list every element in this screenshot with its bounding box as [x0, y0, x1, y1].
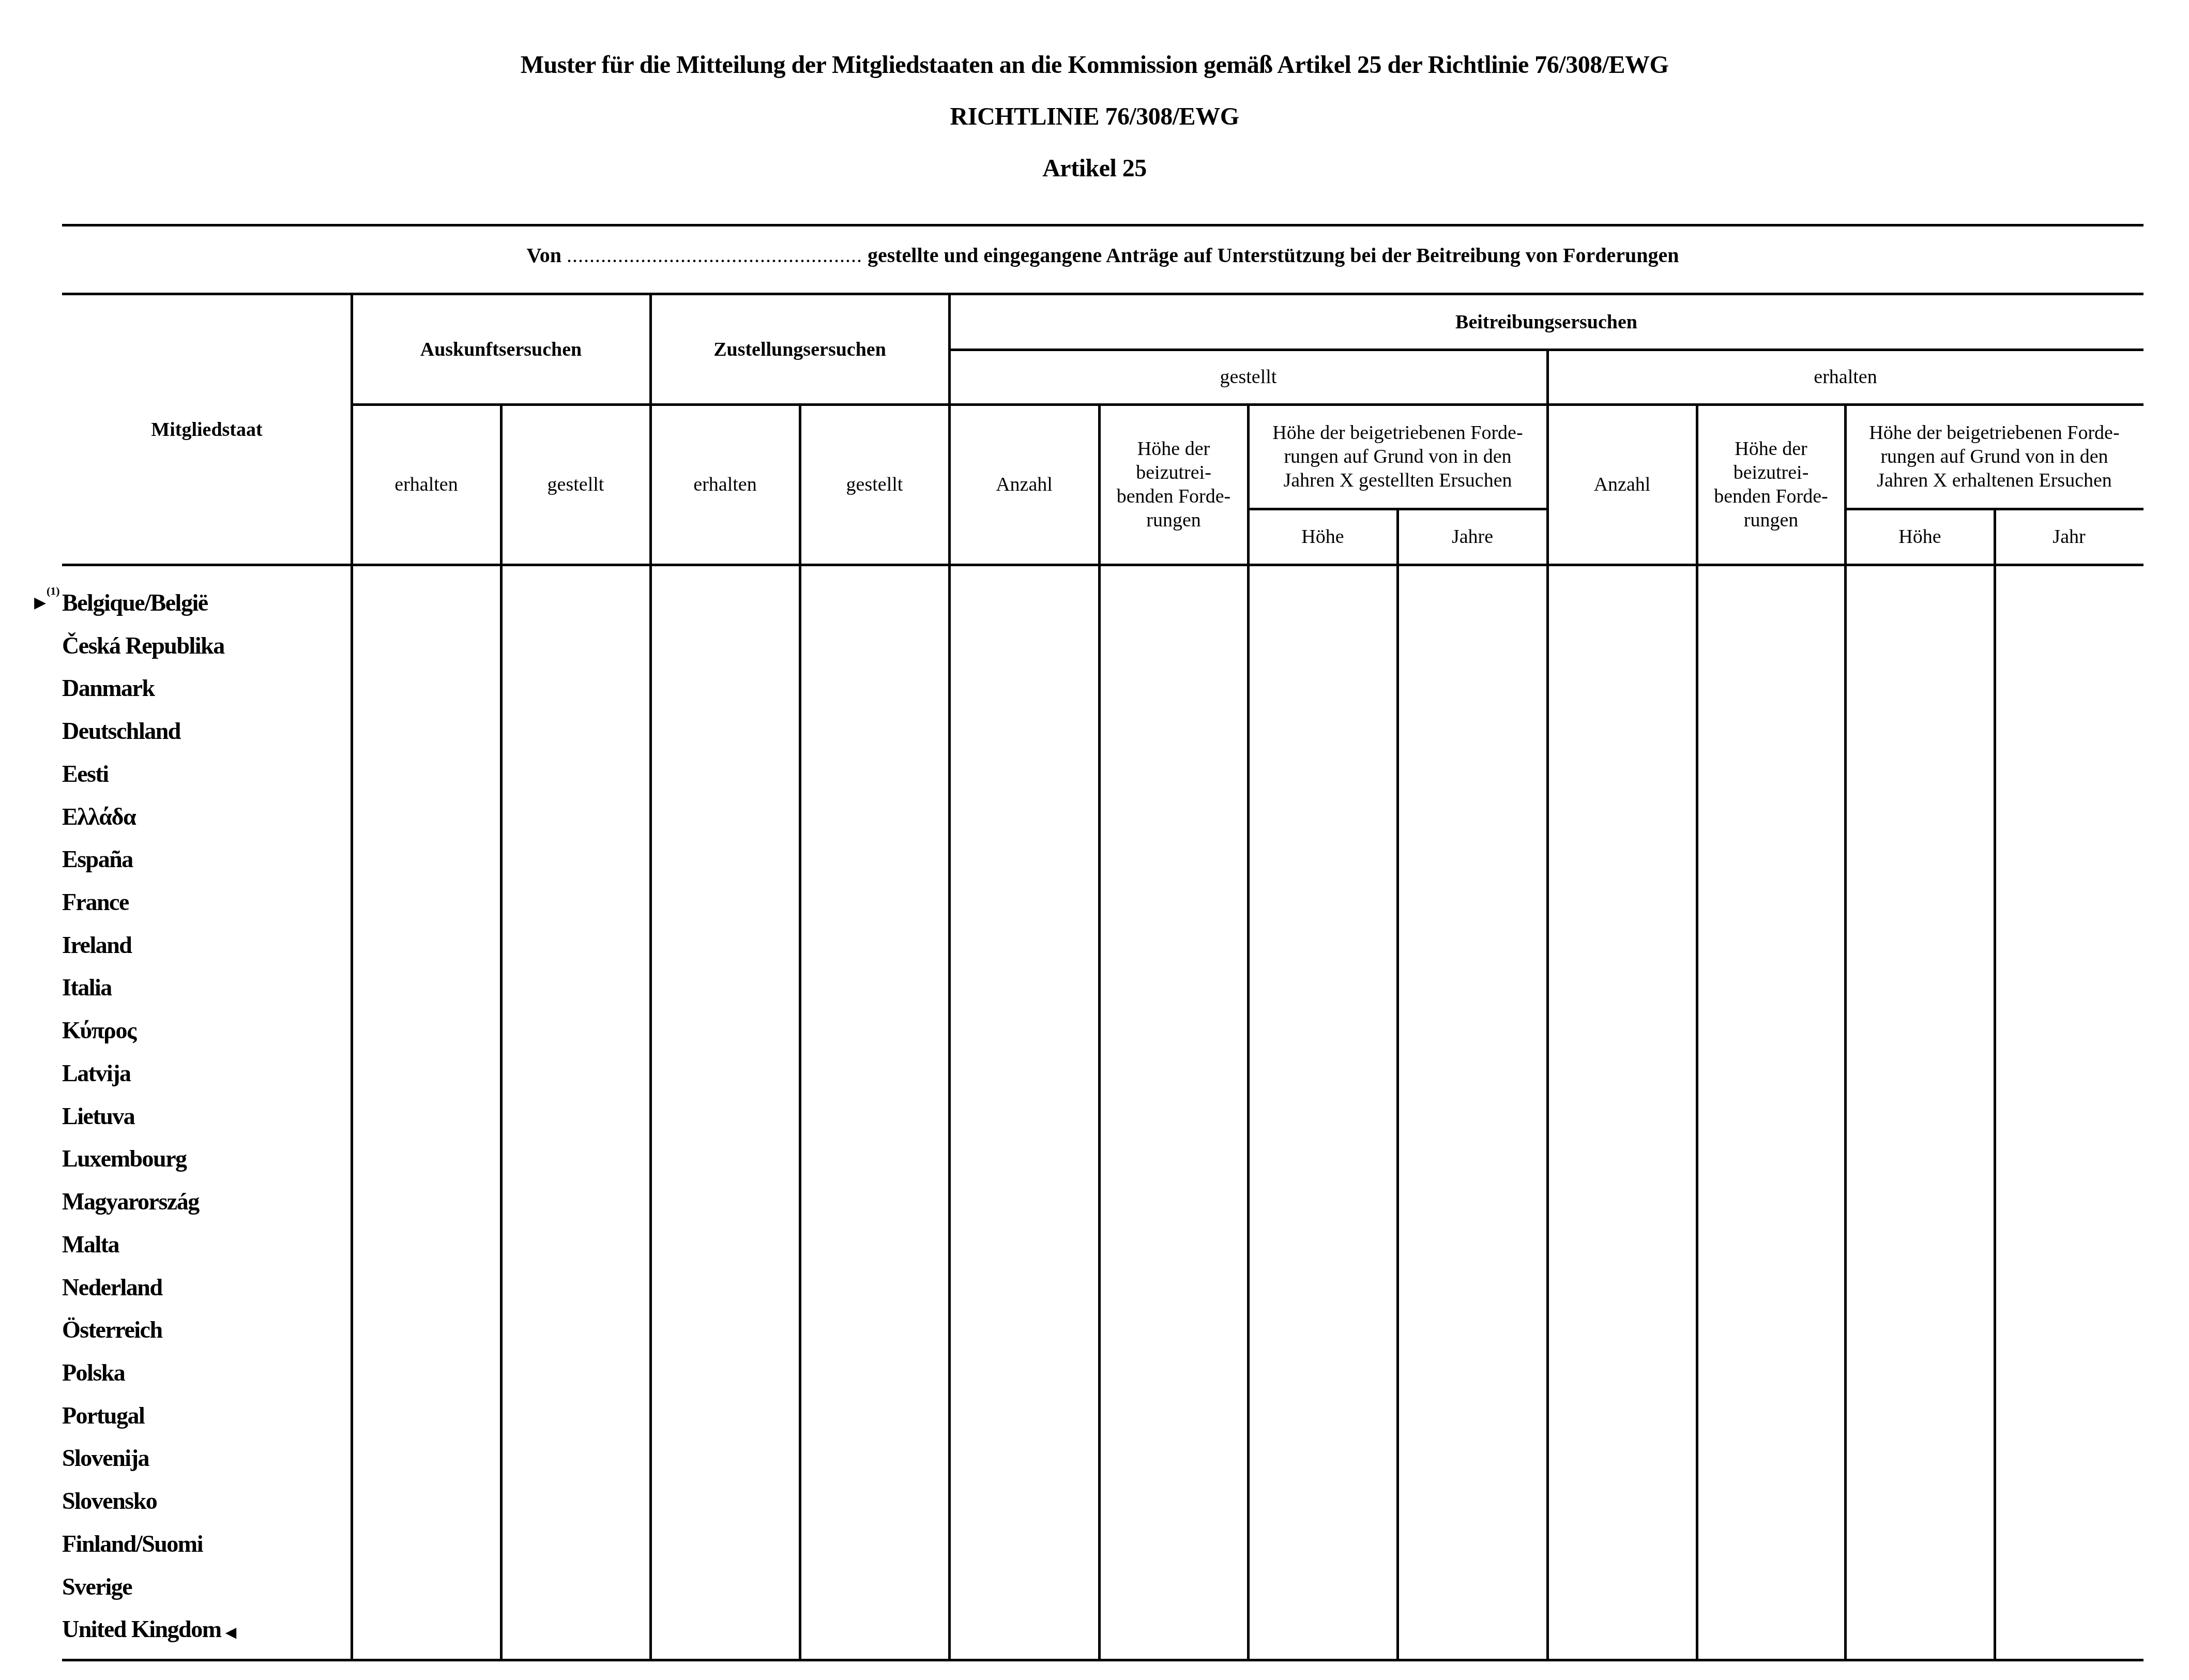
table-cell-entry[interactable]	[503, 667, 649, 710]
table-cell-entry[interactable]	[1101, 625, 1246, 668]
table-cell-entry[interactable]	[1847, 1138, 1993, 1180]
table-cell-entry[interactable]	[503, 1395, 649, 1437]
table-cell-entry[interactable]	[1549, 753, 1695, 796]
table-cell-entry[interactable]	[652, 966, 798, 1009]
table-cell-entry[interactable]	[951, 1395, 1098, 1437]
table-cell-entry[interactable]	[951, 1352, 1098, 1395]
table-cell-entry[interactable]	[1996, 1052, 2142, 1095]
table-cell-entry[interactable]	[1399, 710, 1546, 753]
table-cell-entry[interactable]	[1996, 1608, 2142, 1651]
table-cell-entry[interactable]	[1399, 1437, 1546, 1480]
table-cell-entry[interactable]	[1698, 1608, 1844, 1651]
table-cell-entry[interactable]	[652, 1309, 798, 1352]
table-cell-entry[interactable]	[1250, 1352, 1396, 1395]
table-cell-entry[interactable]	[1399, 1523, 1546, 1566]
table-cell-entry[interactable]	[1399, 1180, 1546, 1223]
table-cell-entry[interactable]	[353, 1395, 499, 1437]
table-cell-entry[interactable]	[801, 1052, 948, 1095]
table-cell-entry[interactable]	[951, 1223, 1098, 1266]
table-cell-entry[interactable]	[652, 710, 798, 753]
table-cell-entry[interactable]	[1698, 924, 1844, 967]
table-cell-entry[interactable]	[1250, 1395, 1396, 1437]
table-cell-entry[interactable]	[503, 1266, 649, 1309]
table-cell-entry[interactable]	[1101, 1266, 1246, 1309]
table-cell-entry[interactable]	[951, 582, 1098, 625]
table-cell-entry[interactable]	[1101, 838, 1246, 881]
table-cell-entry[interactable]	[652, 881, 798, 924]
table-cell-entry[interactable]	[1698, 753, 1844, 796]
table-cell-entry[interactable]	[1847, 1480, 1993, 1523]
table-cell-entry[interactable]	[1698, 838, 1844, 881]
table-cell-entry[interactable]	[1698, 625, 1844, 668]
table-cell-entry[interactable]	[1399, 881, 1546, 924]
table-cell-entry[interactable]	[1250, 1223, 1396, 1266]
table-cell-entry[interactable]	[1250, 1523, 1396, 1566]
table-cell-entry[interactable]	[353, 1180, 499, 1223]
table-cell-entry[interactable]	[353, 1437, 499, 1480]
table-cell-entry[interactable]	[801, 667, 948, 710]
table-cell-entry[interactable]	[1996, 1352, 2142, 1395]
table-cell-entry[interactable]	[353, 1352, 499, 1395]
table-cell-entry[interactable]	[353, 966, 499, 1009]
table-cell-entry[interactable]	[1996, 796, 2142, 839]
table-cell-entry[interactable]	[1549, 881, 1695, 924]
table-cell-entry[interactable]	[1996, 924, 2142, 967]
table-cell-entry[interactable]	[1698, 1395, 1844, 1437]
table-cell-entry[interactable]	[1250, 1266, 1396, 1309]
table-cell-entry[interactable]	[1101, 1009, 1246, 1052]
table-cell-entry[interactable]	[652, 838, 798, 881]
table-cell-entry[interactable]	[1698, 1309, 1844, 1352]
table-cell-entry[interactable]	[1996, 1480, 2142, 1523]
table-cell-entry[interactable]	[1698, 667, 1844, 710]
table-cell-entry[interactable]	[652, 1009, 798, 1052]
table-cell-entry[interactable]	[503, 838, 649, 881]
table-cell-entry[interactable]	[1250, 796, 1396, 839]
table-cell-entry[interactable]	[1549, 1266, 1695, 1309]
table-cell-entry[interactable]	[652, 582, 798, 625]
table-cell-entry[interactable]	[1698, 582, 1844, 625]
table-cell-entry[interactable]	[1996, 582, 2142, 625]
table-cell-entry[interactable]	[801, 1480, 948, 1523]
table-cell-entry[interactable]	[801, 1138, 948, 1180]
table-cell-entry[interactable]	[503, 753, 649, 796]
table-cell-entry[interactable]	[1847, 582, 1993, 625]
table-cell-entry[interactable]	[801, 1223, 948, 1266]
table-cell-entry[interactable]	[1250, 1009, 1396, 1052]
table-cell-entry[interactable]	[951, 1138, 1098, 1180]
table-cell-entry[interactable]	[1250, 924, 1396, 967]
table-cell-entry[interactable]	[1399, 1480, 1546, 1523]
table-cell-entry[interactable]	[1549, 1480, 1695, 1523]
table-cell-entry[interactable]	[1399, 753, 1546, 796]
table-cell-entry[interactable]	[1399, 796, 1546, 839]
table-cell-entry[interactable]	[1101, 924, 1246, 967]
table-cell-entry[interactable]	[1549, 796, 1695, 839]
table-cell-entry[interactable]	[1698, 1566, 1844, 1609]
table-cell-entry[interactable]	[1250, 753, 1396, 796]
table-cell-entry[interactable]	[1698, 1352, 1844, 1395]
table-cell-entry[interactable]	[1996, 1266, 2142, 1309]
table-cell-entry[interactable]	[1996, 966, 2142, 1009]
table-cell-entry[interactable]	[1847, 753, 1993, 796]
table-cell-entry[interactable]	[1101, 1566, 1246, 1609]
table-cell-entry[interactable]	[353, 838, 499, 881]
table-cell-entry[interactable]	[503, 1608, 649, 1651]
table-cell-entry[interactable]	[1250, 582, 1396, 625]
table-cell-entry[interactable]	[951, 1608, 1098, 1651]
table-cell-entry[interactable]	[652, 1608, 798, 1651]
table-cell-entry[interactable]	[1549, 1180, 1695, 1223]
table-cell-entry[interactable]	[652, 1566, 798, 1609]
table-cell-entry[interactable]	[1101, 753, 1246, 796]
table-cell-entry[interactable]	[1549, 1566, 1695, 1609]
table-cell-entry[interactable]	[951, 1052, 1098, 1095]
table-cell-entry[interactable]	[503, 1138, 649, 1180]
table-cell-entry[interactable]	[1399, 582, 1546, 625]
table-cell-entry[interactable]	[1847, 1009, 1993, 1052]
table-cell-entry[interactable]	[1549, 582, 1695, 625]
table-cell-entry[interactable]	[1101, 1138, 1246, 1180]
table-cell-entry[interactable]	[503, 625, 649, 668]
table-cell-entry[interactable]	[801, 796, 948, 839]
table-cell-entry[interactable]	[652, 753, 798, 796]
table-cell-entry[interactable]	[1847, 838, 1993, 881]
table-cell-entry[interactable]	[1250, 1138, 1396, 1180]
table-cell-entry[interactable]	[1698, 966, 1844, 1009]
table-cell-entry[interactable]	[1549, 1138, 1695, 1180]
table-cell-entry[interactable]	[1101, 1095, 1246, 1138]
table-cell-entry[interactable]	[503, 1352, 649, 1395]
table-cell-entry[interactable]	[1698, 1052, 1844, 1095]
table-cell-entry[interactable]	[1996, 1395, 2142, 1437]
table-cell-entry[interactable]	[801, 881, 948, 924]
table-cell-entry[interactable]	[652, 1480, 798, 1523]
table-cell-entry[interactable]	[1250, 1309, 1396, 1352]
table-cell-entry[interactable]	[503, 966, 649, 1009]
table-cell-entry[interactable]	[1698, 1266, 1844, 1309]
table-cell-entry[interactable]	[1847, 1266, 1993, 1309]
table-cell-entry[interactable]	[1101, 582, 1246, 625]
table-cell-entry[interactable]	[1101, 710, 1246, 753]
table-cell-entry[interactable]	[503, 1480, 649, 1523]
table-cell-entry[interactable]	[951, 667, 1098, 710]
table-cell-entry[interactable]	[1698, 1009, 1844, 1052]
table-cell-entry[interactable]	[1847, 1309, 1993, 1352]
table-cell-entry[interactable]	[951, 966, 1098, 1009]
table-cell-entry[interactable]	[1847, 1437, 1993, 1480]
subtitle-fill-in-field[interactable]: ........................................…	[567, 244, 862, 267]
table-cell-entry[interactable]	[1996, 667, 2142, 710]
table-cell-entry[interactable]	[652, 1395, 798, 1437]
table-cell-entry[interactable]	[353, 753, 499, 796]
table-cell-entry[interactable]	[1101, 1437, 1246, 1480]
table-cell-entry[interactable]	[503, 582, 649, 625]
table-cell-entry[interactable]	[353, 881, 499, 924]
table-cell-entry[interactable]	[353, 1523, 499, 1566]
table-cell-entry[interactable]	[353, 1223, 499, 1266]
table-cell-entry[interactable]	[652, 924, 798, 967]
table-cell-entry[interactable]	[353, 1009, 499, 1052]
table-cell-entry[interactable]	[1399, 838, 1546, 881]
table-cell-entry[interactable]	[1996, 1095, 2142, 1138]
table-cell-entry[interactable]	[1847, 1180, 1993, 1223]
table-cell-entry[interactable]	[1847, 1052, 1993, 1095]
table-cell-entry[interactable]	[1698, 796, 1844, 839]
table-cell-entry[interactable]	[1250, 1095, 1396, 1138]
table-cell-entry[interactable]	[1101, 1523, 1246, 1566]
table-cell-entry[interactable]	[1996, 1566, 2142, 1609]
table-cell-entry[interactable]	[1847, 1223, 1993, 1266]
table-cell-entry[interactable]	[652, 625, 798, 668]
table-cell-entry[interactable]	[1399, 1395, 1546, 1437]
table-cell-entry[interactable]	[951, 753, 1098, 796]
table-cell-entry[interactable]	[1996, 1009, 2142, 1052]
table-cell-entry[interactable]	[1549, 966, 1695, 1009]
table-cell-entry[interactable]	[503, 1009, 649, 1052]
table-cell-entry[interactable]	[652, 1095, 798, 1138]
table-cell-entry[interactable]	[1847, 1523, 1993, 1566]
table-cell-entry[interactable]	[801, 582, 948, 625]
table-cell-entry[interactable]	[652, 1138, 798, 1180]
table-cell-entry[interactable]	[503, 710, 649, 753]
table-cell-entry[interactable]	[1549, 1095, 1695, 1138]
table-cell-entry[interactable]	[652, 1223, 798, 1266]
table-cell-entry[interactable]	[951, 881, 1098, 924]
table-cell-entry[interactable]	[1101, 1608, 1246, 1651]
table-cell-entry[interactable]	[801, 966, 948, 1009]
table-cell-entry[interactable]	[1847, 667, 1993, 710]
table-cell-entry[interactable]	[1549, 924, 1695, 967]
table-cell-entry[interactable]	[503, 924, 649, 967]
table-cell-entry[interactable]	[1996, 881, 2142, 924]
table-cell-entry[interactable]	[1101, 667, 1246, 710]
table-cell-entry[interactable]	[1549, 1437, 1695, 1480]
table-cell-entry[interactable]	[503, 881, 649, 924]
table-cell-entry[interactable]	[353, 1309, 499, 1352]
table-cell-entry[interactable]	[1399, 1009, 1546, 1052]
table-cell-entry[interactable]	[951, 1309, 1098, 1352]
table-cell-entry[interactable]	[1399, 1309, 1546, 1352]
table-cell-entry[interactable]	[353, 796, 499, 839]
table-cell-entry[interactable]	[353, 924, 499, 967]
table-cell-entry[interactable]	[1698, 710, 1844, 753]
table-cell-entry[interactable]	[801, 1266, 948, 1309]
table-cell-entry[interactable]	[1996, 1437, 2142, 1480]
table-cell-entry[interactable]	[1399, 1138, 1546, 1180]
table-cell-entry[interactable]	[1698, 1437, 1844, 1480]
table-cell-entry[interactable]	[1847, 1095, 1993, 1138]
table-cell-entry[interactable]	[801, 710, 948, 753]
table-cell-entry[interactable]	[1996, 1523, 2142, 1566]
table-cell-entry[interactable]	[1996, 1223, 2142, 1266]
table-cell-entry[interactable]	[1847, 710, 1993, 753]
table-cell-entry[interactable]	[353, 1138, 499, 1180]
table-cell-entry[interactable]	[353, 1095, 499, 1138]
table-cell-entry[interactable]	[801, 1180, 948, 1223]
table-cell-entry[interactable]	[1549, 1052, 1695, 1095]
table-cell-entry[interactable]	[951, 1095, 1098, 1138]
table-cell-entry[interactable]	[353, 1480, 499, 1523]
table-cell-entry[interactable]	[801, 924, 948, 967]
table-cell-entry[interactable]	[503, 1309, 649, 1352]
table-cell-entry[interactable]	[801, 753, 948, 796]
table-cell-entry[interactable]	[1101, 1309, 1246, 1352]
table-cell-entry[interactable]	[652, 796, 798, 839]
table-cell-entry[interactable]	[1847, 924, 1993, 967]
table-cell-entry[interactable]	[801, 1523, 948, 1566]
table-cell-entry[interactable]	[1101, 1480, 1246, 1523]
table-cell-entry[interactable]	[353, 667, 499, 710]
table-cell-entry[interactable]	[1250, 838, 1396, 881]
table-cell-entry[interactable]	[353, 625, 499, 668]
table-cell-entry[interactable]	[1549, 625, 1695, 668]
table-cell-entry[interactable]	[1399, 1608, 1546, 1651]
table-cell-entry[interactable]	[503, 1523, 649, 1566]
table-cell-entry[interactable]	[1549, 838, 1695, 881]
table-cell-entry[interactable]	[1101, 966, 1246, 1009]
table-cell-entry[interactable]	[801, 625, 948, 668]
table-cell-entry[interactable]	[1996, 1138, 2142, 1180]
table-cell-entry[interactable]	[503, 1566, 649, 1609]
table-cell-entry[interactable]	[1399, 625, 1546, 668]
table-cell-entry[interactable]	[1549, 667, 1695, 710]
table-cell-entry[interactable]	[1101, 1052, 1246, 1095]
table-cell-entry[interactable]	[801, 1095, 948, 1138]
table-cell-entry[interactable]	[1250, 710, 1396, 753]
table-cell-entry[interactable]	[1399, 1266, 1546, 1309]
table-cell-entry[interactable]	[353, 582, 499, 625]
table-cell-entry[interactable]	[1250, 966, 1396, 1009]
table-cell-entry[interactable]	[1250, 667, 1396, 710]
table-cell-entry[interactable]	[1847, 1352, 1993, 1395]
table-cell-entry[interactable]	[353, 710, 499, 753]
table-cell-entry[interactable]	[1549, 1395, 1695, 1437]
table-cell-entry[interactable]	[353, 1052, 499, 1095]
table-cell-entry[interactable]	[1698, 1480, 1844, 1523]
table-cell-entry[interactable]	[1250, 1608, 1396, 1651]
table-cell-entry[interactable]	[1549, 1009, 1695, 1052]
table-cell-entry[interactable]	[1847, 1566, 1993, 1609]
table-cell-entry[interactable]	[951, 1180, 1098, 1223]
table-cell-entry[interactable]	[1250, 625, 1396, 668]
table-cell-entry[interactable]	[1698, 1523, 1844, 1566]
table-cell-entry[interactable]	[1996, 753, 2142, 796]
table-cell-entry[interactable]	[652, 1352, 798, 1395]
table-cell-entry[interactable]	[1698, 1095, 1844, 1138]
table-cell-entry[interactable]	[652, 1052, 798, 1095]
table-cell-entry[interactable]	[1996, 1309, 2142, 1352]
table-cell-entry[interactable]	[1847, 881, 1993, 924]
table-cell-entry[interactable]	[1698, 1180, 1844, 1223]
table-cell-entry[interactable]	[1549, 1223, 1695, 1266]
table-cell-entry[interactable]	[1399, 1223, 1546, 1266]
table-cell-entry[interactable]	[801, 1395, 948, 1437]
table-cell-entry[interactable]	[1996, 1180, 2142, 1223]
table-cell-entry[interactable]	[1250, 1480, 1396, 1523]
table-cell-entry[interactable]	[652, 667, 798, 710]
table-cell-entry[interactable]	[652, 1437, 798, 1480]
table-cell-entry[interactable]	[1549, 1608, 1695, 1651]
table-cell-entry[interactable]	[1250, 1566, 1396, 1609]
table-cell-entry[interactable]	[1847, 796, 1993, 839]
table-cell-entry[interactable]	[503, 1052, 649, 1095]
table-cell-entry[interactable]	[1549, 710, 1695, 753]
table-cell-entry[interactable]	[801, 1608, 948, 1651]
table-cell-entry[interactable]	[1101, 1395, 1246, 1437]
table-cell-entry[interactable]	[1698, 881, 1844, 924]
table-cell-entry[interactable]	[1101, 1352, 1246, 1395]
table-cell-entry[interactable]	[1399, 966, 1546, 1009]
table-cell-entry[interactable]	[1996, 625, 2142, 668]
table-cell-entry[interactable]	[951, 796, 1098, 839]
table-cell-entry[interactable]	[1847, 966, 1993, 1009]
table-cell-entry[interactable]	[1101, 796, 1246, 839]
table-cell-entry[interactable]	[1399, 1352, 1546, 1395]
table-cell-entry[interactable]	[503, 1437, 649, 1480]
table-cell-entry[interactable]	[1549, 1523, 1695, 1566]
table-cell-entry[interactable]	[1698, 1138, 1844, 1180]
table-cell-entry[interactable]	[801, 1352, 948, 1395]
table-cell-entry[interactable]	[951, 1523, 1098, 1566]
table-cell-entry[interactable]	[1549, 1309, 1695, 1352]
table-cell-entry[interactable]	[652, 1523, 798, 1566]
table-cell-entry[interactable]	[1250, 881, 1396, 924]
table-cell-entry[interactable]	[1101, 1223, 1246, 1266]
table-cell-entry[interactable]	[1399, 924, 1546, 967]
table-cell-entry[interactable]	[1250, 1180, 1396, 1223]
table-cell-entry[interactable]	[1250, 1052, 1396, 1095]
footnote-reference[interactable]: (1)	[47, 584, 60, 598]
table-cell-entry[interactable]	[951, 1480, 1098, 1523]
table-cell-entry[interactable]	[1399, 1566, 1546, 1609]
table-cell-entry[interactable]	[1698, 1223, 1844, 1266]
table-cell-entry[interactable]	[1399, 1095, 1546, 1138]
table-cell-entry[interactable]	[801, 1009, 948, 1052]
table-cell-entry[interactable]	[801, 838, 948, 881]
table-cell-entry[interactable]	[801, 1566, 948, 1609]
table-cell-entry[interactable]	[951, 1566, 1098, 1609]
table-cell-entry[interactable]	[503, 1180, 649, 1223]
table-cell-entry[interactable]	[951, 1437, 1098, 1480]
table-cell-entry[interactable]	[353, 1608, 499, 1651]
table-cell-entry[interactable]	[951, 710, 1098, 753]
table-cell-entry[interactable]	[503, 796, 649, 839]
table-cell-entry[interactable]	[1101, 1180, 1246, 1223]
table-cell-entry[interactable]	[1399, 667, 1546, 710]
table-cell-entry[interactable]	[353, 1266, 499, 1309]
table-cell-entry[interactable]	[951, 625, 1098, 668]
table-cell-entry[interactable]	[1549, 1352, 1695, 1395]
table-cell-entry[interactable]	[503, 1095, 649, 1138]
table-cell-entry[interactable]	[1847, 625, 1993, 668]
table-cell-entry[interactable]	[1399, 1052, 1546, 1095]
table-cell-entry[interactable]	[1101, 881, 1246, 924]
table-cell-entry[interactable]	[652, 1266, 798, 1309]
table-cell-entry[interactable]	[951, 924, 1098, 967]
table-cell-entry[interactable]	[951, 838, 1098, 881]
table-cell-entry[interactable]	[1250, 1437, 1396, 1480]
table-cell-entry[interactable]	[1996, 710, 2142, 753]
table-cell-entry[interactable]	[353, 1566, 499, 1609]
table-cell-entry[interactable]	[503, 1223, 649, 1266]
table-cell-entry[interactable]	[652, 1180, 798, 1223]
table-cell-entry[interactable]	[1847, 1608, 1993, 1651]
table-cell-entry[interactable]	[801, 1309, 948, 1352]
table-cell-entry[interactable]	[1996, 838, 2142, 881]
table-cell-entry[interactable]	[951, 1009, 1098, 1052]
table-cell-entry[interactable]	[951, 1266, 1098, 1309]
